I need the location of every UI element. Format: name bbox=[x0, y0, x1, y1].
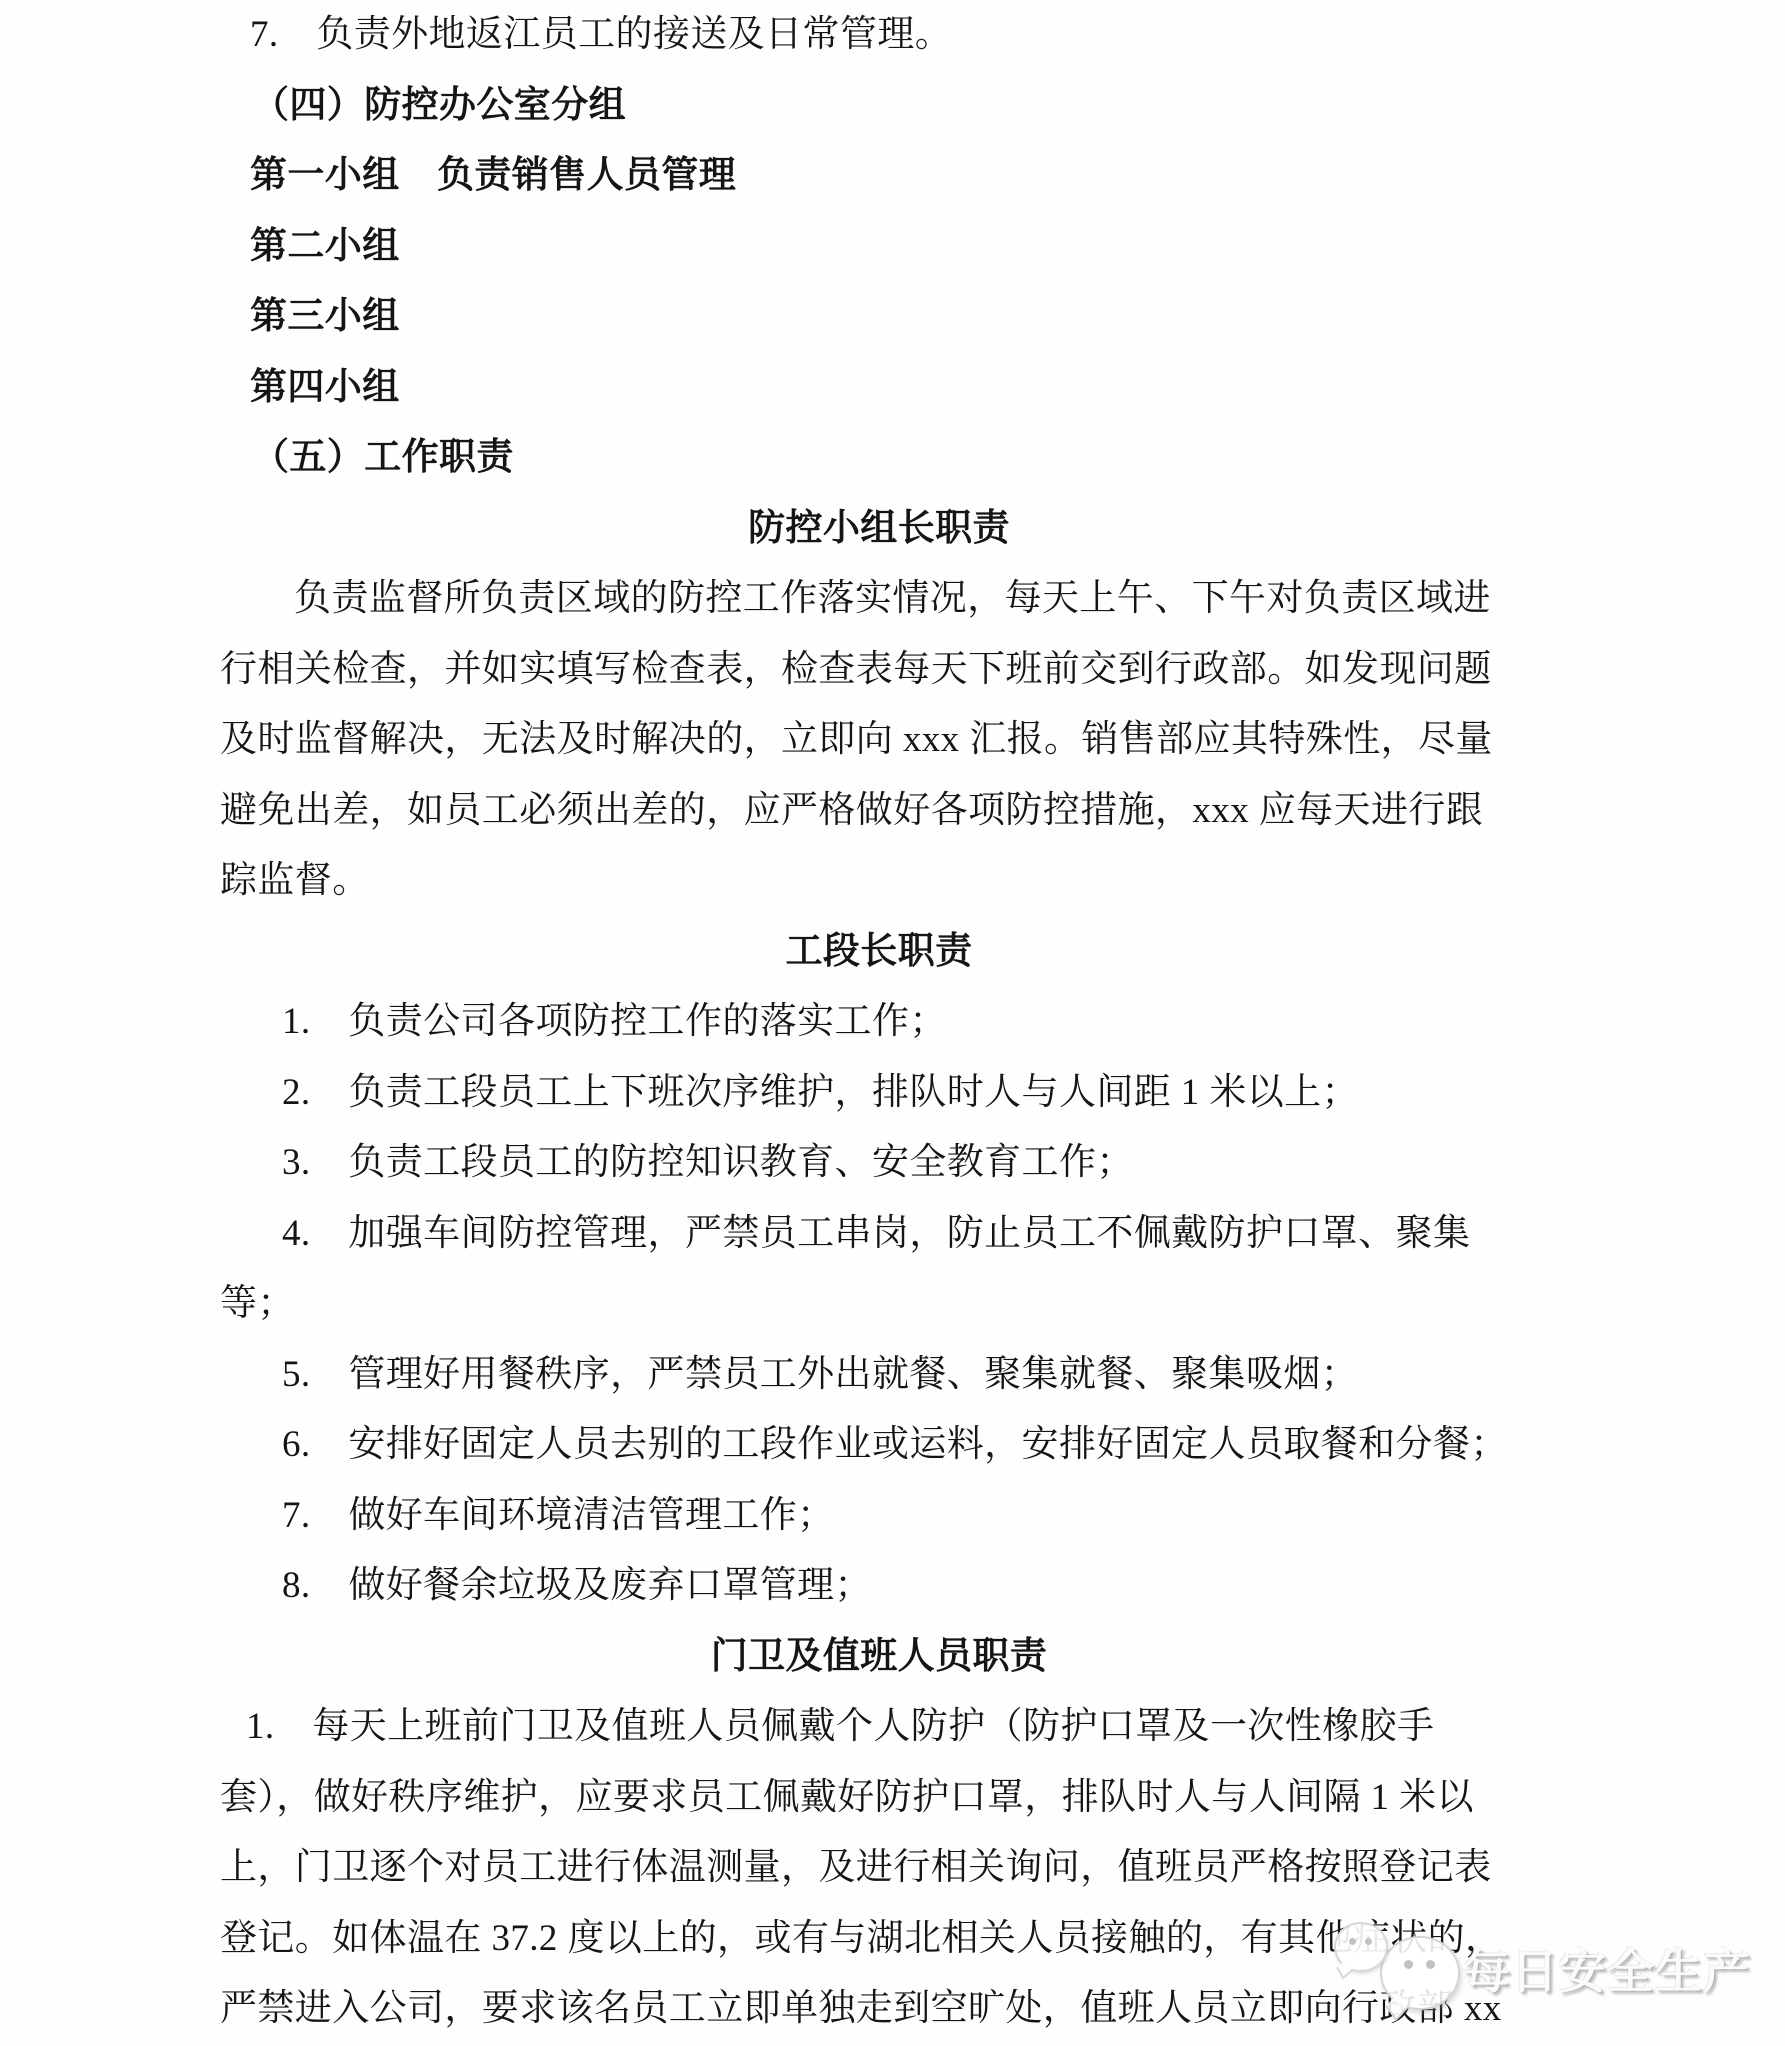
watermark-label: 每日安全生产 bbox=[1463, 1942, 1751, 2002]
document-line: 门卫及值班人员职责 bbox=[220, 1622, 1490, 1693]
document-line: 等； bbox=[220, 1269, 1490, 1340]
document-body: 7. 负责外地返江员工的接送及日常管理。（四）防控办公室分组第一小组 负责销售人… bbox=[220, 0, 1490, 2045]
document-line: 登记。如体温在 37.2 度以上的，或有与湖北相关人员接触的，有其他症状的， bbox=[220, 1904, 1490, 1975]
document-line: 6. 安排好固定人员去别的工段作业或运料，安排好固定人员取餐和分餐； bbox=[220, 1410, 1490, 1481]
document-line: 工段长职责 bbox=[220, 917, 1490, 988]
document-line: 上，门卫逐个对员工进行体温测量，及进行相关询问，值班员严格按照登记表 bbox=[220, 1833, 1490, 1904]
document-line: 严禁进入公司，要求该名员工立即单独走到空旷处，值班人员立即向行政部 xx bbox=[220, 1974, 1490, 2045]
document-line: （五）工作职责 bbox=[220, 423, 1490, 494]
document-line: 套），做好秩序维护，应要求员工佩戴好防护口罩，排队时人与人间隔 1 米以 bbox=[220, 1763, 1490, 1834]
document-line: 1. 负责公司各项防控工作的落实工作； bbox=[220, 987, 1490, 1058]
document-line: 1. 每天上班前门卫及值班人员佩戴个人防护（防护口罩及一次性橡胶手 bbox=[220, 1692, 1490, 1763]
document-line: 第二小组 bbox=[220, 212, 1490, 283]
document-line: 踪监督。 bbox=[220, 846, 1490, 917]
document-line: 避免出差，如员工必须出差的，应严格做好各项防控措施，xxx 应每天进行跟 bbox=[220, 776, 1490, 847]
document-line: 2. 负责工段员工上下班次序维护，排队时人与人间距 1 米以上； bbox=[220, 1058, 1490, 1129]
document-line: （四）防控办公室分组 bbox=[220, 71, 1490, 142]
document-line: 5. 管理好用餐秩序，严禁员工外出就餐、聚集就餐、聚集吸烟； bbox=[220, 1340, 1490, 1411]
document-line: 行相关检查，并如实填写检查表，检查表每天下班前交到行政部。如发现问题 bbox=[220, 635, 1490, 706]
document-line: 第一小组 负责销售人员管理 bbox=[220, 141, 1490, 212]
document-line: 7. 做好车间环境清洁管理工作； bbox=[220, 1481, 1490, 1552]
document-line: 负责监督所负责区域的防控工作落实情况，每天上午、下午对负责区域进 bbox=[220, 564, 1490, 635]
document-line: 第四小组 bbox=[220, 353, 1490, 424]
document-line: 第三小组 bbox=[220, 282, 1490, 353]
document-line: 3. 负责工段员工的防控知识教育、安全教育工作； bbox=[220, 1128, 1490, 1199]
document-line: 及时监督解决，无法及时解决的，立即向 xxx 汇报。销售部应其特殊性，尽量 bbox=[220, 705, 1490, 776]
document-line: 8. 做好餐余垃圾及废弃口罩管理； bbox=[220, 1551, 1490, 1622]
document-line: 4. 加强车间防控管理，严禁员工串岗，防止员工不佩戴防护口罩、聚集 bbox=[220, 1199, 1490, 1270]
document-line: 7. 负责外地返江员工的接送及日常管理。 bbox=[220, 0, 1490, 71]
document-page: 7. 负责外地返江员工的接送及日常管理。（四）防控办公室分组第一小组 负责销售人… bbox=[0, 0, 1785, 2046]
document-line: 防控小组长职责 bbox=[220, 494, 1490, 565]
